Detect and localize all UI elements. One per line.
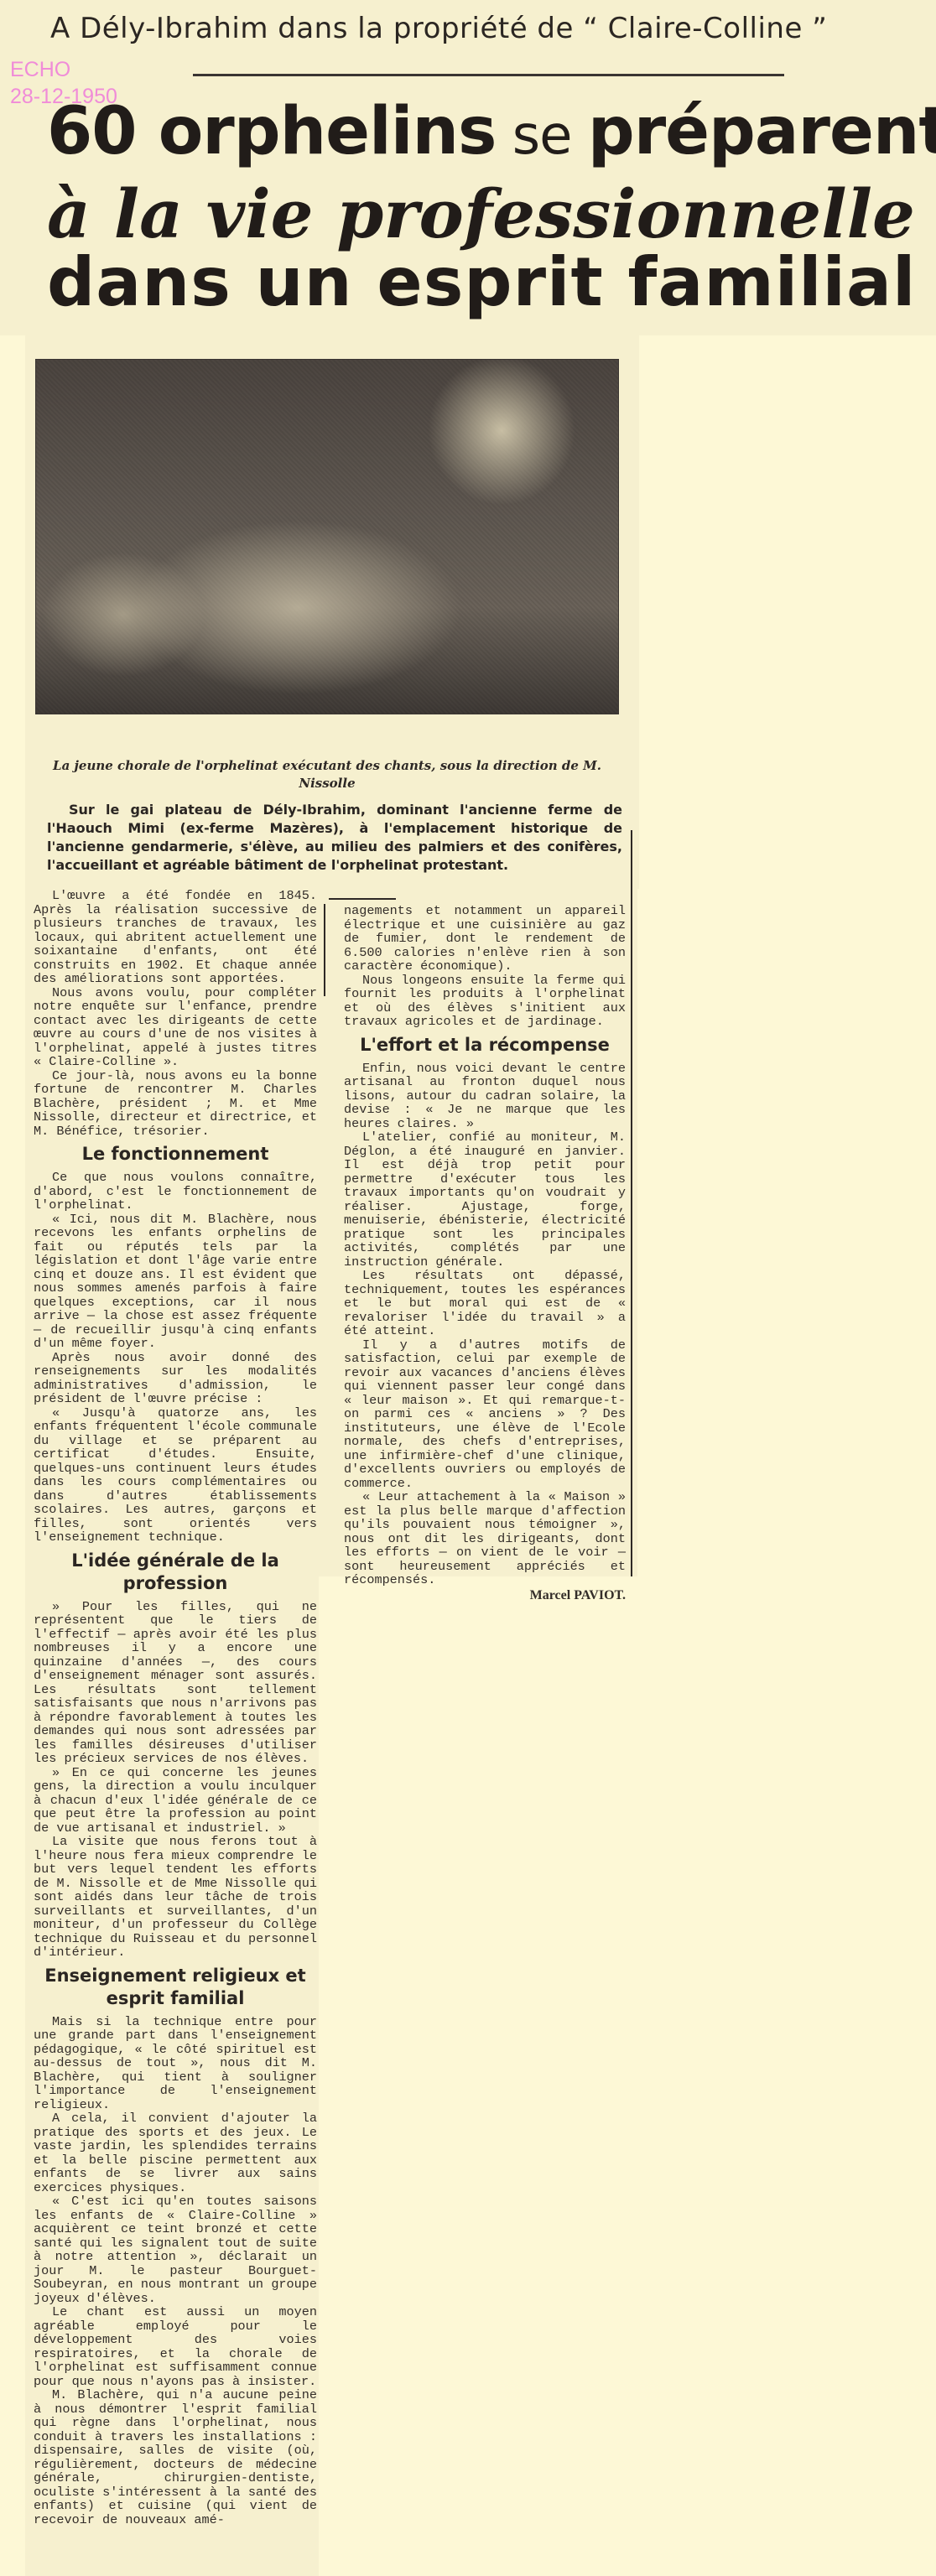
paragraph: A cela, il convient d'ajouter la pratiqu… [34,2111,317,2194]
author-signature: Marcel PAVIOT. [344,1589,626,1603]
paragraph: « C'est ici qu'en toutes saisons les enf… [34,2194,317,2305]
headline-part-c: préparent [588,94,936,169]
section-heading: Le fonctionnement [34,1143,317,1166]
headline-part-a: 60 orphelins [47,94,496,169]
article-lede: Sur le gai plateau de Dély-Ibrahim, domi… [47,801,622,875]
article-kicker: A Dély-Ibrahim dans la propriété de “ Cl… [50,12,923,45]
paragraph: Ce jour-là, nous avons eu la bonne fortu… [34,1069,317,1139]
kicker-divider [193,74,784,76]
left-column: L'œuvre a été fondée en 1845. Après la r… [34,889,317,2527]
paragraph: Le chant est aussi un moyen agréable emp… [34,2305,317,2388]
paragraph: » Pour les filles, qui ne représentent q… [34,1600,317,1766]
column-divider-left [324,904,325,996]
paragraph: Enfin, nous voici devant le centre artis… [344,1062,626,1131]
section-heading: L'idée générale de la profession [34,1550,317,1595]
paragraph: Mais si la technique entre pour une gran… [34,2015,317,2112]
right-column: nagements et notamment un appareil élect… [344,904,626,1602]
short-divider [329,898,396,900]
paragraph: Après nous avoir donné des renseignement… [34,1351,317,1406]
paragraph: « Ici, nous dit M. Blachère, nous recevo… [34,1213,317,1351]
photo-caption: La jeune chorale de l'orphelinat exécuta… [34,757,621,792]
section-heading: Enseignement religieux et esprit familia… [34,1965,317,2010]
paragraph: Ce que nous voulons connaître, d'abord, … [34,1171,317,1213]
article-photo [35,359,619,714]
headline-part-b: se [496,105,587,167]
paragraph: Il y a d'autres motifs de satisfaction, … [344,1338,626,1491]
paragraph: « Leur attachement à la « Maison » est l… [344,1490,626,1587]
paragraph: L'œuvre a été fondée en 1845. Après la r… [34,889,317,986]
paragraph: Nous longeons ensuite la ferme qui fourn… [344,974,626,1029]
paragraph: Nous avons voulu, pour compléter notre e… [34,986,317,1069]
paragraph: « Jusqu'à quatorze ans, les enfants fréq… [34,1406,317,1545]
section-heading: L'effort et la récompense [344,1034,626,1057]
paragraph: M. Blachère, qui n'a aucune peine à nous… [34,2388,317,2527]
source-stamp: ECHO [10,59,70,80]
headline-line-3: dans un esprit familial [47,243,916,321]
paragraph: L'atelier, confié au moniteur, M. Déglon… [344,1130,626,1269]
paragraph: La visite que nous ferons tout à l'heure… [34,1835,317,1960]
paragraph: Les résultats ont dépassé, techniquement… [344,1269,626,1338]
paragraph: » En ce qui concerne les jeunes gens, la… [34,1766,317,1836]
column-divider-right [631,830,632,1576]
headline-line-1: 60 orphelins se préparent [47,94,936,169]
paragraph: nagements et notamment un appareil élect… [344,904,626,974]
headline-line-2: à la vie professionnelle [47,174,915,253]
